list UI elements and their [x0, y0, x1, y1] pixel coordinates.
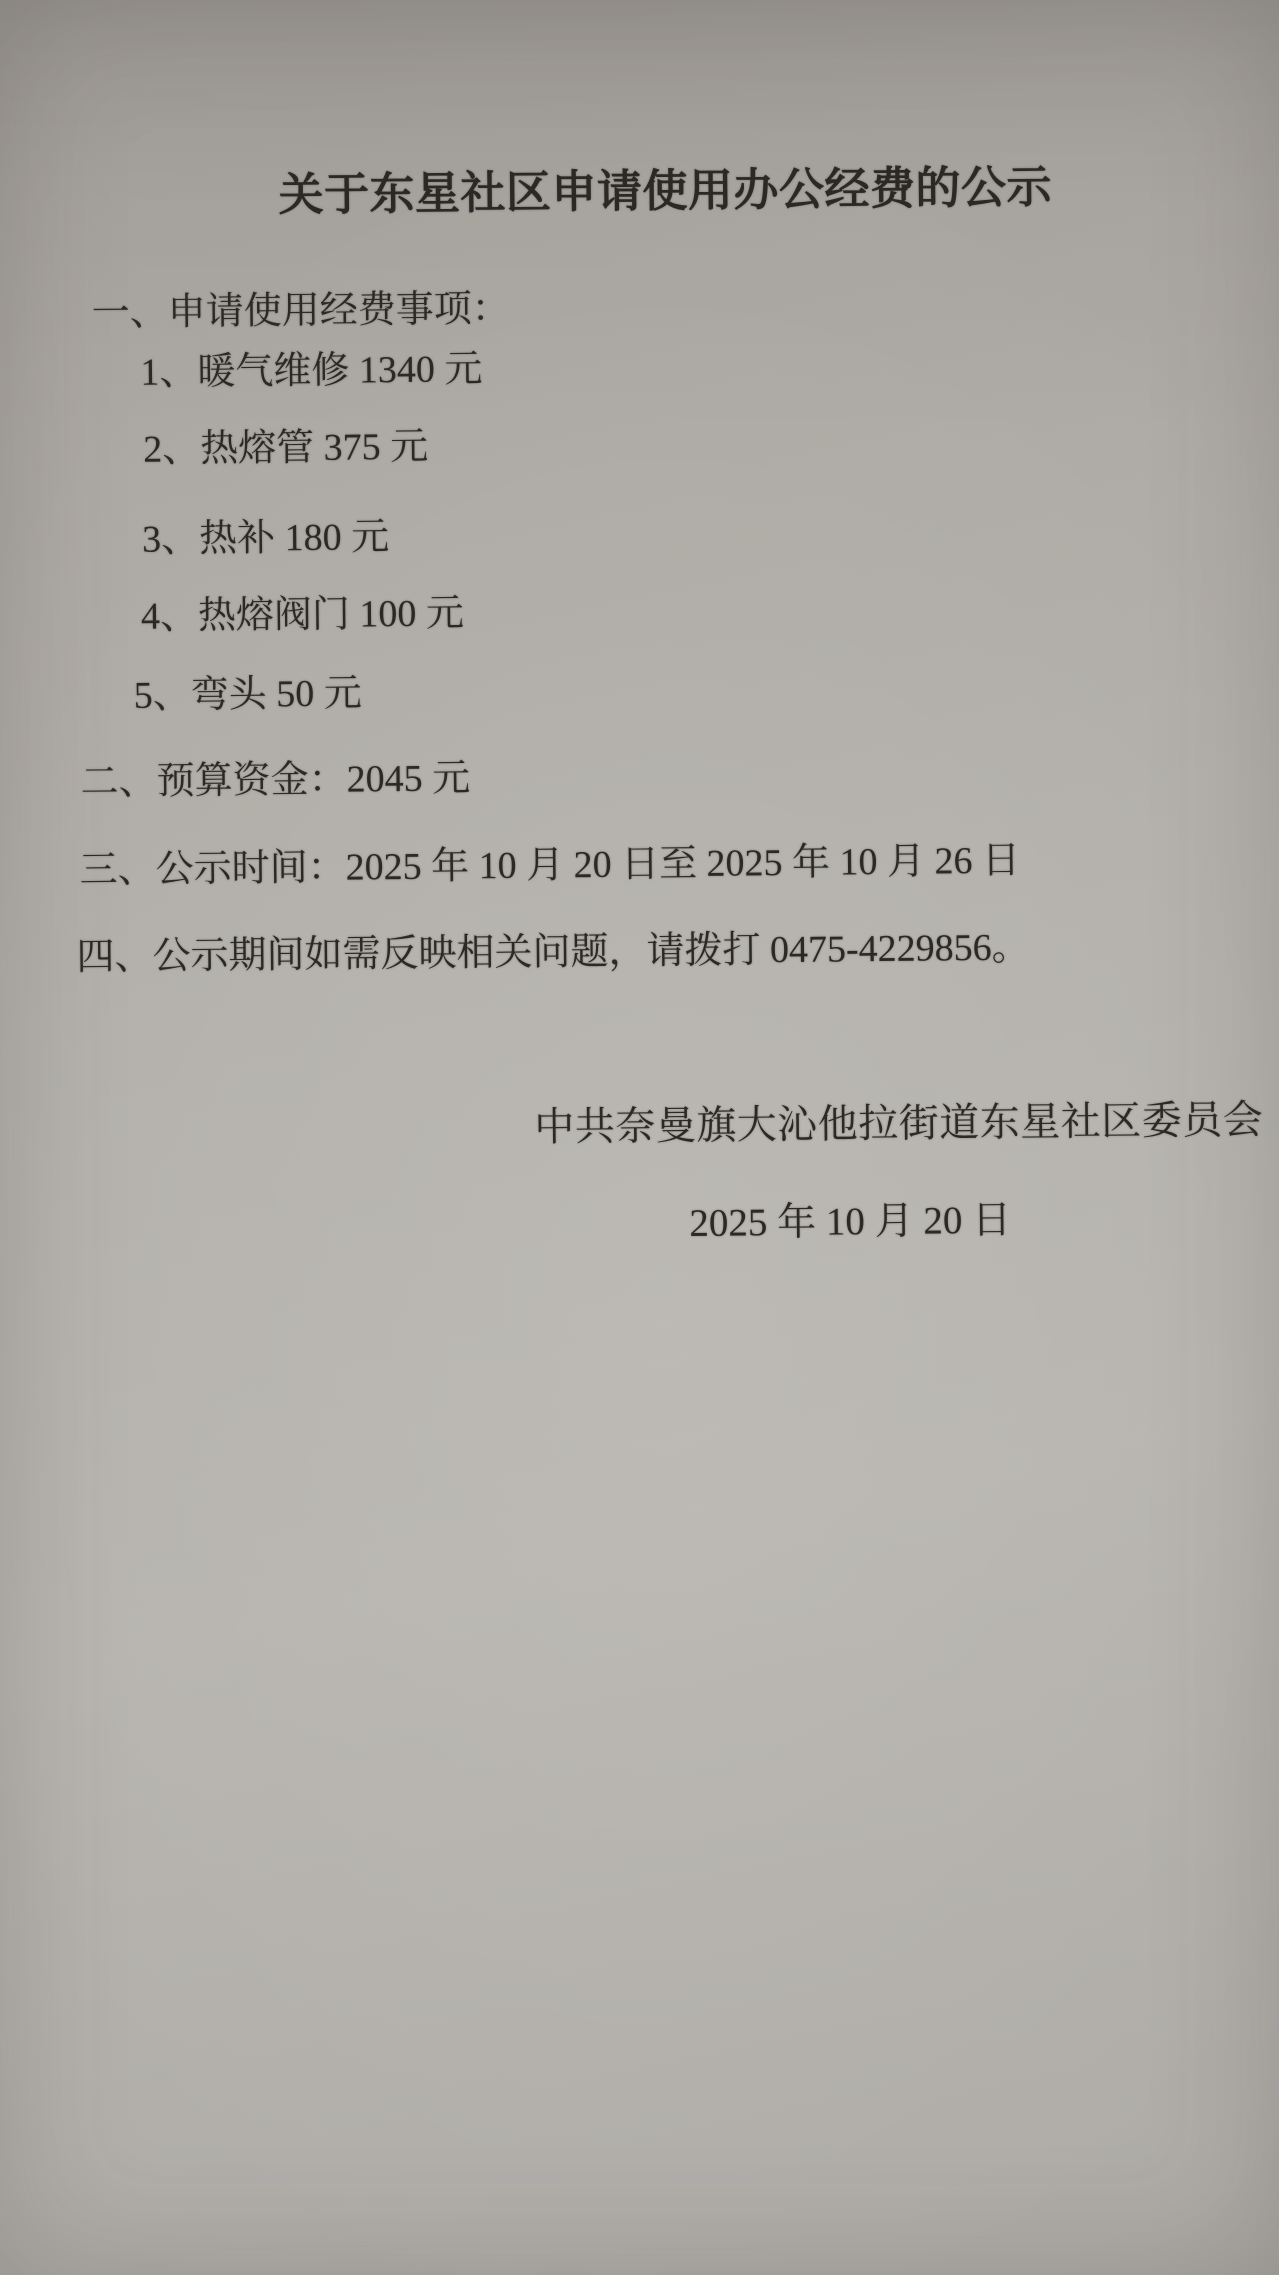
issuer-signature: 中共奈曼旗大沁他拉街道东星社区委员会 [534, 1088, 1264, 1153]
expense-item-fusion-valve: 4、热熔阀门 100 元 [141, 581, 465, 639]
expense-item-heating-repair: 1、暖气维修 1340 元 [140, 337, 483, 396]
publicity-period-line: 三、公示时间：2025 年 10 月 20 日至 2025 年 10 月 26 … [79, 829, 1020, 894]
notice-sheet: 关于东星社区申请使用办公经费的公示 一、申请使用经费事项： 1、暖气维修 134… [0, 0, 1279, 2275]
expense-item-hot-patch: 3、热补 180 元 [142, 505, 390, 563]
expense-item-elbow: 5、弯头 50 元 [133, 661, 362, 718]
issue-date: 2025 年 10 月 20 日 [689, 1189, 1011, 1248]
budget-total-line: 二、预算资金：2045 元 [80, 746, 470, 805]
section1-heading: 一、申请使用经费事项： [91, 277, 510, 336]
expense-item-fusion-pipe: 2、热熔管 375 元 [143, 415, 429, 473]
photographed-notice-document: 关于东星社区申请使用办公经费的公示 一、申请使用经费事项： 1、暖气维修 134… [0, 0, 1279, 2275]
notice-title: 关于东星社区申请使用办公经费的公示 [278, 150, 1052, 223]
contact-phone-line: 四、公示期间如需反映相关问题，请拨打 0475-4229856。 [76, 915, 1030, 980]
